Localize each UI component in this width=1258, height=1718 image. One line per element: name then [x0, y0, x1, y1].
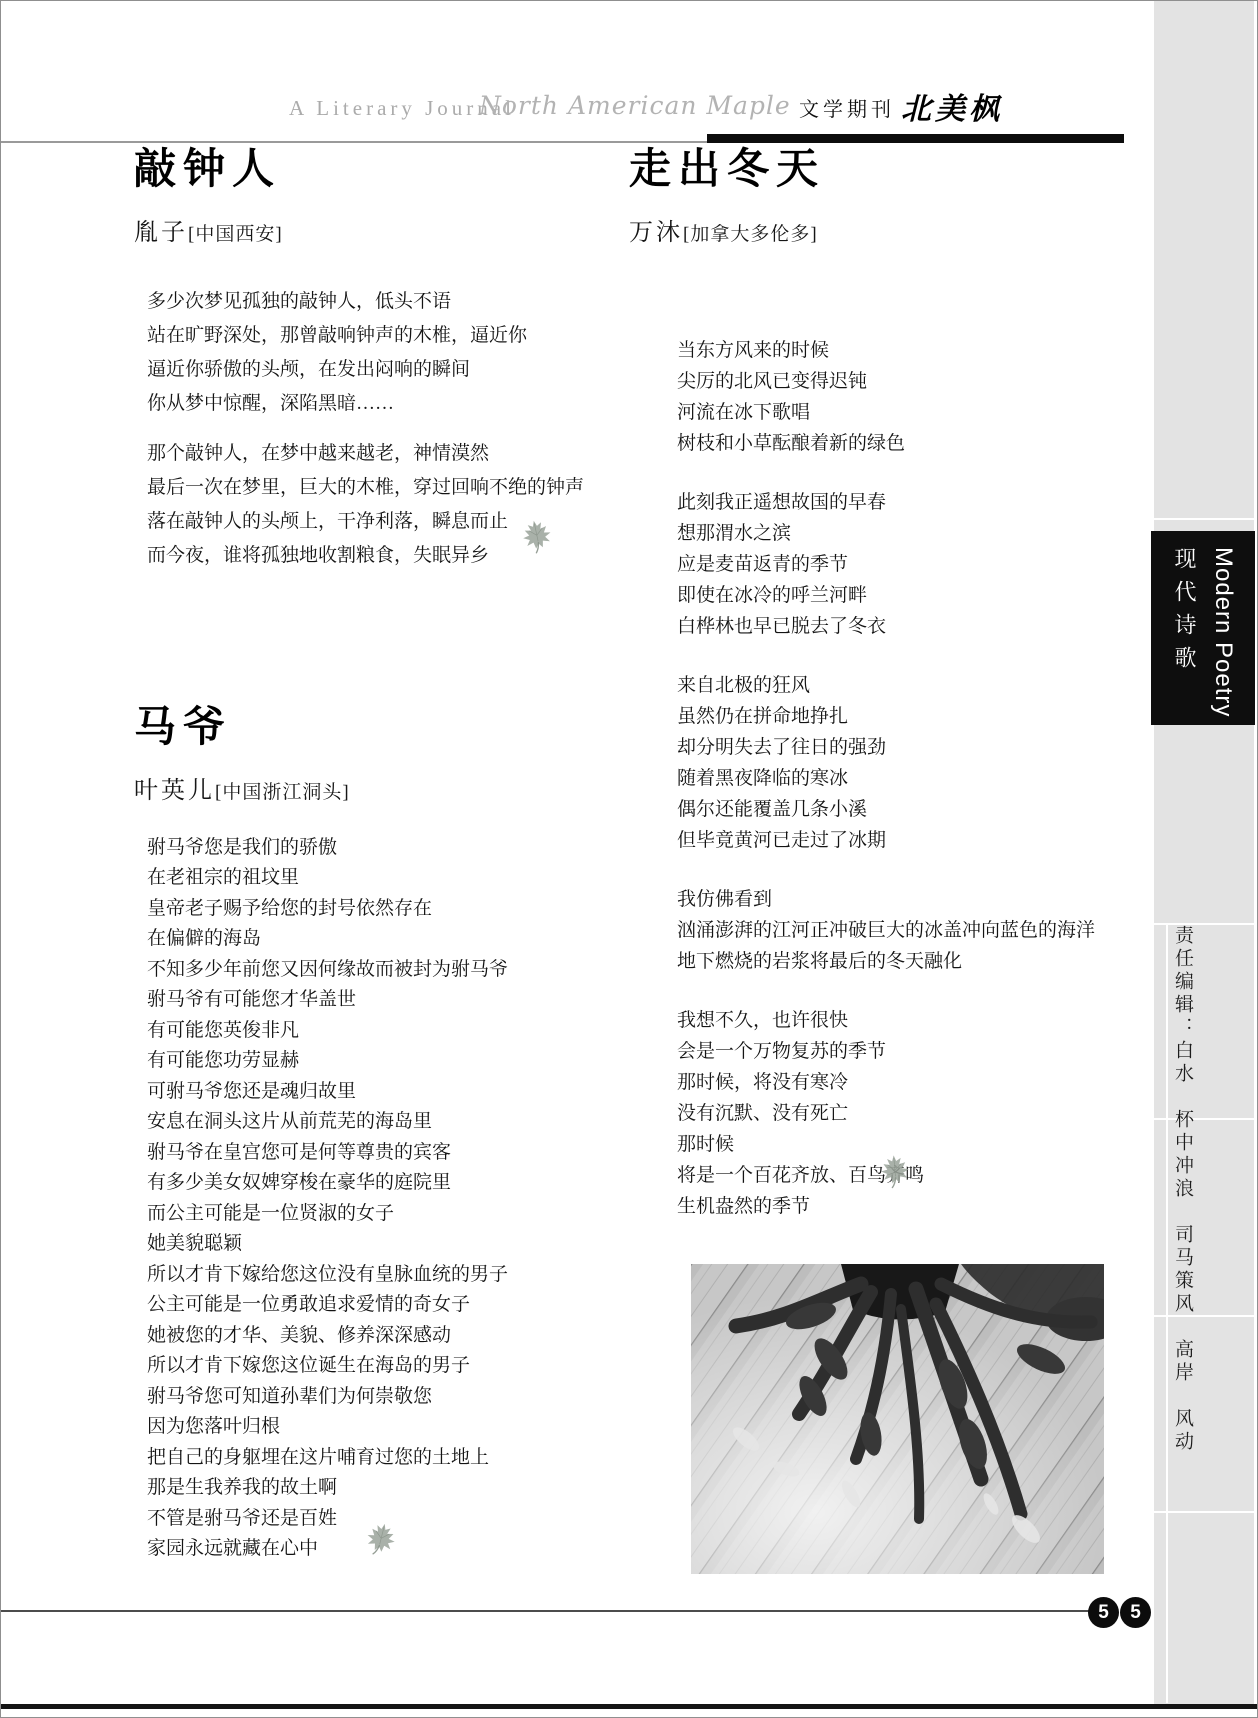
poem-author-origin: [中国浙江洞头]: [215, 782, 350, 803]
poem-line: 那个敲钟人，在梦中越来越老，神情漠然: [147, 437, 624, 471]
poem-line: 有可能您功劳显赫: [147, 1046, 624, 1077]
poem-line: 驸马爷在皇宫您可是何等尊贵的宾客: [147, 1138, 624, 1169]
strip-divider-vertical: [1166, 923, 1168, 1703]
poem-title: 走出冬天: [629, 143, 1139, 198]
page-number-badge: 5: [1120, 1597, 1151, 1628]
poem-author: 万沐: [629, 220, 683, 246]
poem-line: 生机盎然的季节: [677, 1191, 1139, 1222]
poem-line: 那是生我养我的故土啊: [147, 1473, 624, 1504]
poem-title: 马爷: [134, 701, 624, 756]
poem-line: 来自北极的狂风: [677, 670, 1139, 701]
poem-byline: 万沐[加拿大多伦多]: [629, 212, 1139, 247]
poem-line: 所以才肯下嫁您这位诞生在海岛的男子: [147, 1351, 624, 1382]
poem-line: 不知多少年前您又因何缘故而被封为驸马爷: [147, 955, 624, 986]
poem-line: 当东方风来的时候: [677, 335, 1139, 366]
strip-divider: [1154, 518, 1254, 520]
poem-line: 但毕竟黄河已走过了冰期: [677, 825, 1139, 856]
poem-line: 驸马爷有可能您才华盖世: [147, 985, 624, 1016]
stanza: 我仿佛看到汹涌澎湃的江河正冲破巨大的冰盖冲向蓝色的海洋地下燃烧的岩浆将最后的冬天…: [677, 884, 1139, 977]
section-label-en: Modern Poetry: [1209, 547, 1237, 725]
footer-rule: [1, 1610, 1093, 1612]
poem-line: 公主可能是一位勇敢追求爱情的奇女子: [147, 1290, 624, 1321]
poem-line: 在老祖宗的祖坟里: [147, 863, 624, 894]
strip-divider: [1154, 1511, 1254, 1513]
poem-ma-ye: 马爷 叶英儿[中国浙江洞头] 驸马爷您是我们的骄傲在老祖宗的祖坟里皇帝老子赐予给…: [134, 701, 624, 1565]
poem-line: 逼近你骄傲的头颅，在发出闷响的瞬间: [147, 353, 624, 387]
poem-line: 地下燃烧的岩浆将最后的冬天融化: [677, 946, 1139, 977]
poem-line: 白桦林也早已脱去了冬衣: [677, 611, 1139, 642]
poem-line: 有多少美女奴婢穿梭在豪华的庭院里: [147, 1168, 624, 1199]
poem-line: 此刻我正遥想故国的早春: [677, 487, 1139, 518]
section-category-box: 现代诗歌 Modern Poetry: [1151, 531, 1255, 725]
poem-author-origin: [中国西安]: [188, 224, 283, 245]
page-number-badge: 5: [1088, 1597, 1119, 1628]
poem-line: 汹涌澎湃的江河正冲破巨大的冰盖冲向蓝色的海洋: [677, 915, 1139, 946]
plant-photo: [691, 1264, 1104, 1574]
poem-line: 多少次梦见孤独的敲钟人，低头不语: [147, 285, 624, 319]
maple-leaf-icon: [517, 516, 557, 556]
poem-line: 虽然仍在拼命地挣扎: [677, 701, 1139, 732]
poem-line: 应是麦苗返青的季节: [677, 549, 1139, 580]
poem-line: 皇帝老子赐予给您的封号依然存在: [147, 894, 624, 925]
poem-line: 所以才肯下嫁给您这位没有皇脉血统的男子: [147, 1260, 624, 1291]
poem-line: 可驸马爷您还是魂归故里: [147, 1077, 624, 1108]
poem-line: 随着黑夜降临的寒冰: [677, 763, 1139, 794]
poem-author: 胤子: [134, 220, 188, 246]
poem-author: 叶英儿: [134, 778, 215, 804]
poem-line: 在偏僻的海岛: [147, 924, 624, 955]
poem-title: 敲钟人: [134, 143, 624, 198]
poem-line: 尖厉的北风已变得迟钝: [677, 366, 1139, 397]
poem-line: 偶尔还能覆盖几条小溪: [677, 794, 1139, 825]
poem-author-origin: [加拿大多伦多]: [683, 224, 818, 245]
section-label-cn: 现代诗歌: [1169, 547, 1200, 725]
poem-body: 当东方风来的时候尖厉的北风已变得迟钝河流在冰下歌唱树枝和小草酝酿着新的绿色此刻我…: [629, 335, 1139, 1222]
poem-line: 却分明失去了往日的强劲: [677, 732, 1139, 763]
header-journal-cn-name: 北美枫: [901, 84, 1003, 128]
poem-line: 你从梦中惊醒，深陷黑暗……: [147, 387, 624, 421]
header-rule-thick: [707, 134, 1124, 143]
poem-line: 河流在冰下歌唱: [677, 397, 1139, 428]
poem-line: 那时候，将没有寒冷: [677, 1067, 1139, 1098]
poem-line: 驸马爷您可知道孙辈们为何崇敬您: [147, 1382, 624, 1413]
poem-line: 会是一个万物复苏的季节: [677, 1036, 1139, 1067]
editors-credit: 责任编辑：白水 杯中冲浪 司马策风 高岸 风动: [1169, 925, 1196, 1454]
poem-zou-chu-dong-tian: 走出冬天 万沐[加拿大多伦多] 当东方风来的时候尖厉的北风已变得迟钝河流在冰下歌…: [629, 143, 1139, 1250]
poem-line: 有可能您英俊非凡: [147, 1016, 624, 1047]
poem-body: 驸马爷您是我们的骄傲在老祖宗的祖坟里皇帝老子赐予给您的封号依然存在在偏僻的海岛不…: [134, 833, 624, 1565]
poem-line: 我仿佛看到: [677, 884, 1139, 915]
poem-line: 她被您的才华、美貌、修养深深感动: [147, 1321, 624, 1352]
poem-line: 想那渭水之滨: [677, 518, 1139, 549]
stanza: 那个敲钟人，在梦中越来越老，神情漠然最后一次在梦里，巨大的木椎，穿过回响不绝的钟…: [147, 437, 624, 573]
stanza: 当东方风来的时候尖厉的北风已变得迟钝河流在冰下歌唱树枝和小草酝酿着新的绿色: [677, 335, 1139, 459]
poem-line: 因为您落叶归根: [147, 1412, 624, 1443]
poem-line: 最后一次在梦里，巨大的木椎，穿过回响不绝的钟声: [147, 471, 624, 505]
poem-byline: 胤子[中国西安]: [134, 212, 624, 247]
poem-line: 而公主可能是一位贤淑的女子: [147, 1199, 624, 1230]
stanza: 来自北极的狂风虽然仍在拼命地挣扎却分明失去了往日的强劲随着黑夜降临的寒冰偶尔还能…: [677, 670, 1139, 856]
poem-line: 把自己的身躯埋在这片哺育过您的土地上: [147, 1443, 624, 1474]
maple-leaf-icon: [877, 1153, 914, 1190]
poem-line: 树枝和小草酝酿着新的绿色: [677, 428, 1139, 459]
stanza: 我想不久，也许很快会是一个万物复苏的季节那时候，将没有寒冷没有沉默、没有死亡那时…: [677, 1005, 1139, 1222]
bottom-border-bar: [1, 1704, 1258, 1709]
poem-byline: 叶英儿[中国浙江洞头]: [134, 770, 624, 805]
stanza: 多少次梦见孤独的敲钟人，低头不语站在旷野深处，那曾敲响钟声的木椎，逼近你逼近你骄…: [147, 285, 624, 421]
poem-line: 没有沉默、没有死亡: [677, 1098, 1139, 1129]
poem-line: 站在旷野深处，那曾敲响钟声的木椎，逼近你: [147, 319, 624, 353]
poem-line: 驸马爷您是我们的骄傲: [147, 833, 624, 864]
stanza: 此刻我正遥想故国的早春想那渭水之滨应是麦苗返青的季节即使在冰冷的呼兰河畔白桦林也…: [677, 487, 1139, 642]
stanza: 驸马爷您是我们的骄傲在老祖宗的祖坟里皇帝老子赐予给您的封号依然存在在偏僻的海岛不…: [147, 833, 624, 1565]
poem-line: 即使在冰冷的呼兰河畔: [677, 580, 1139, 611]
header-journal-cn-label: 文学期刊: [799, 93, 895, 122]
poem-line: 安息在洞头这片从前荒芜的海岛里: [147, 1107, 624, 1138]
poem-line: 她美貌聪颖: [147, 1229, 624, 1260]
header-journal-script: North American Maple: [479, 91, 791, 120]
journal-page: A Literary Journal North American Maple …: [0, 0, 1258, 1718]
poem-line: 我想不久，也许很快: [677, 1005, 1139, 1036]
